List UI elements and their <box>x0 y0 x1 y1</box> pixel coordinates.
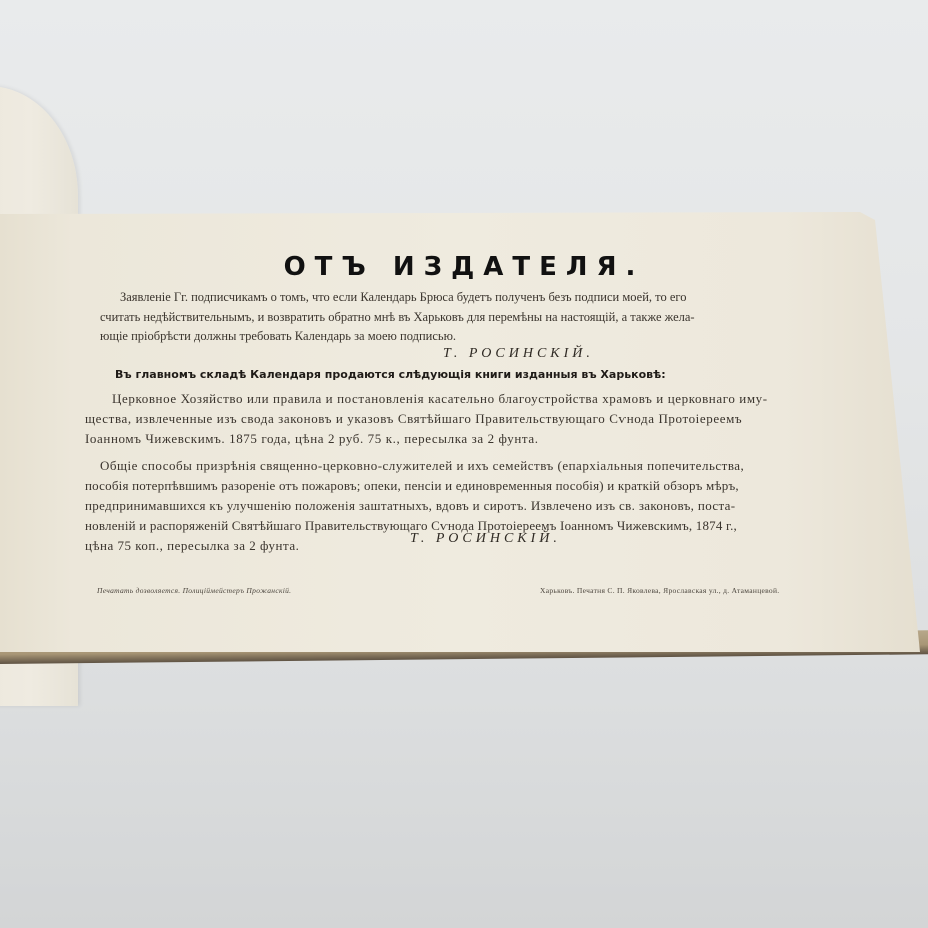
page-title: ОТЪ ИЗДАТЕЛЯ. <box>0 252 928 282</box>
footer-printer-info: Харьковъ. Печатня С. П. Яковлева, Яросла… <box>540 586 779 595</box>
book2-line-5: цѣна 75 коп., пересылка за 2 фунта. <box>85 538 299 554</box>
signature-2: Т. РОСИНСКІЙ. <box>410 531 561 547</box>
book2-line-1: Общіе способы призрѣнія священно-церковн… <box>100 458 744 474</box>
book2-line-3: предпринимавшихся къ улучшенію положенія… <box>85 498 735 514</box>
book2-line-2: пособія потерпѣвшимъ разореніе отъ пожар… <box>85 478 739 494</box>
footer-censor-approval: Печатать дозволяется. Полицiймейстеръ Пр… <box>97 586 291 595</box>
statement-line-2: считать недѣйствительнымъ, и возвратить … <box>100 310 695 325</box>
statement-line-3: ющіе пріобрѣсти должны требовать Календа… <box>100 329 456 344</box>
signature-1: Т. РОСИНСКІЙ. <box>443 346 594 362</box>
book1-line-3: Іоанномъ Чижевскимъ. 1875 года, цѣна 2 р… <box>85 431 539 447</box>
warehouse-heading: Въ главномъ складѣ Календаря продаются с… <box>115 368 666 381</box>
book1-line-2: щества, извлеченные изъ свода законовъ и… <box>85 411 742 427</box>
book1-line-1: Церковное Хозяйство или правила и постан… <box>112 391 768 407</box>
page-content: ОТЪ ИЗДАТЕЛЯ. Заявленіе Гг. подписчикамъ… <box>0 0 928 660</box>
statement-line-1: Заявленіе Гг. подписчикамъ о томъ, что е… <box>120 290 686 305</box>
